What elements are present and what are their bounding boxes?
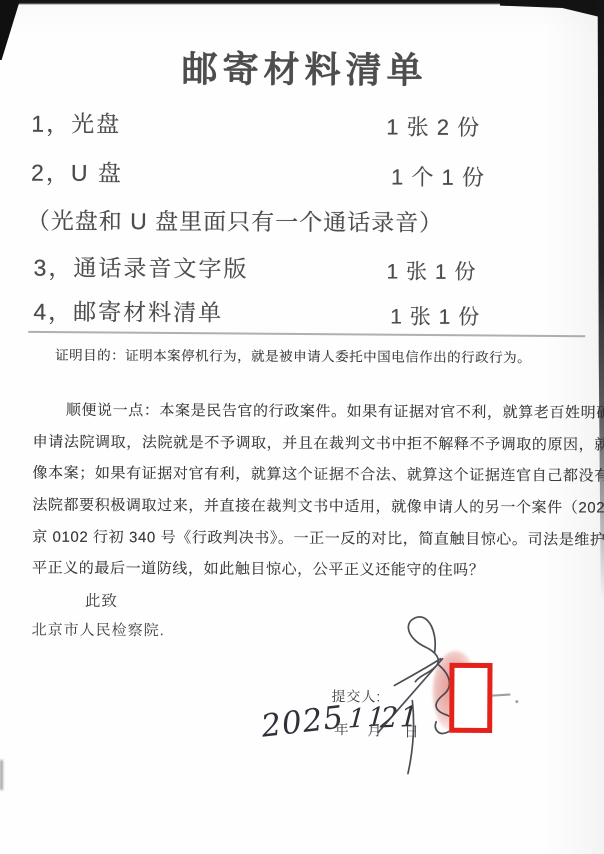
document-content: 邮寄材料清单 1，光盘 1 张 2 份 2，U 盘 1 个 1 份 （光盘和 U… [0, 0, 604, 854]
scanned-document-page: 邮寄材料清单 1，光盘 1 张 2 份 2，U 盘 1 个 1 份 （光盘和 U… [0, 0, 604, 854]
closing-phrase: 此致 [85, 589, 118, 611]
redaction-box [449, 663, 492, 733]
paragraph-line: 平正义的最后一道防线，如此触目惊心，公平正义还能守的住吗？ [32, 557, 594, 581]
paragraph-line: 申请法院调取，法院就是不予调取，并且在裁判文书中拒不解释不予调取的原因，就 [33, 431, 595, 455]
list-item-1-qty: 1 张 2 份 [386, 110, 480, 141]
recipient-name: 北京市人民检察院. [32, 619, 165, 641]
list-item-2-label: 2，U 盘 [31, 155, 123, 188]
paragraph-line: 像本案；如果有证据对官有利，就算这个证据不合法、就算这个证据连官自己都没有， [32, 462, 594, 486]
list-item-2-qty: 1 个 1 份 [391, 160, 485, 191]
paragraph-line: 京 0102 行初 340 号《行政判决书》。一正一反的对比，简直触目惊心。司法… [32, 526, 594, 550]
list-note: （光盘和 U 盘里面只有一个通话录音） [27, 203, 444, 238]
list-item-4-qty: 1 张 1 份 [390, 300, 480, 330]
paragraph-line: 顺便说一点：本案是民告官的行政案件。如果有证据对官不利，就算老百姓明确 [33, 399, 604, 423]
list-item-3-qty: 1 张 1 份 [386, 255, 476, 285]
list-item-4-label: 4，邮寄材料清单 [33, 294, 223, 328]
list-item-3-label: 3，通话录音文字版 [34, 250, 249, 284]
document-title: 邮寄材料清单 [150, 41, 460, 94]
handwritten-year: 2025 [259, 699, 346, 744]
signature-ink-dot [515, 700, 518, 703]
list-item-1-label: 1，光盘 [31, 106, 121, 139]
purpose-statement: 证明目的：证明本案停机行为，就是被申请人委托中国电信作出的行政行为。 [55, 344, 595, 367]
separator-rule [28, 331, 585, 337]
paragraph-line: 法院都要积极调取过来，并直接在裁判文书中适用，就像申请人的另一个案件（2025） [32, 494, 594, 518]
